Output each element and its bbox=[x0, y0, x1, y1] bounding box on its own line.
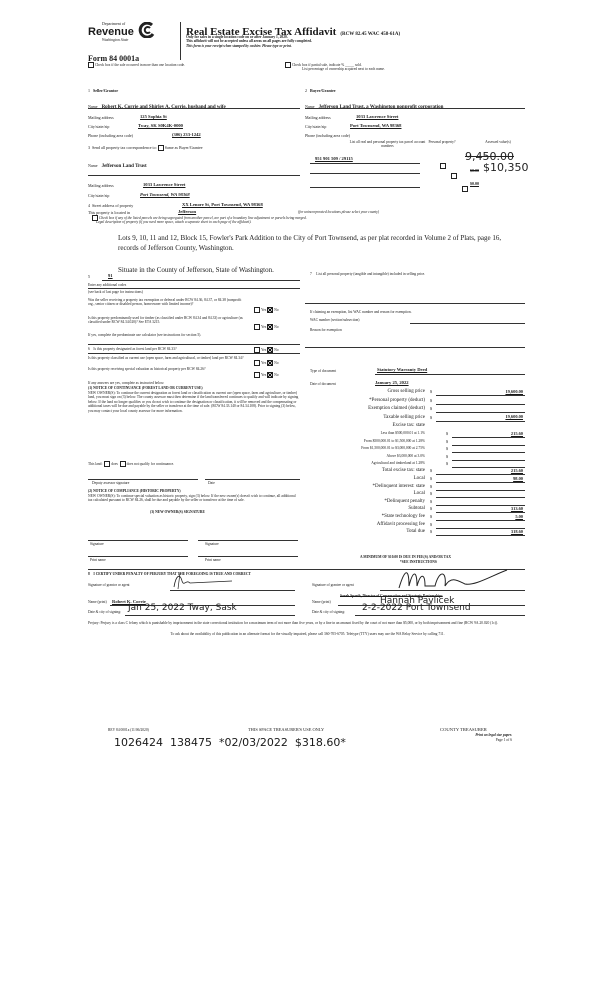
grantor-signature bbox=[172, 571, 242, 591]
parcel-personal-header: Personal property? bbox=[428, 140, 456, 144]
current-use-question: Is this property classified as current u… bbox=[88, 356, 248, 360]
doc-date: January 25, 2022 bbox=[375, 380, 409, 385]
tax-row-value: 215.60 bbox=[455, 431, 523, 436]
currency-sign: $ bbox=[446, 461, 448, 466]
no-checkbox-checked[interactable] bbox=[267, 324, 273, 330]
print-name-label: Print name bbox=[205, 558, 221, 562]
tax-row-label: Taxable selling price bbox=[315, 415, 425, 420]
currency-sign: $ bbox=[430, 514, 432, 519]
new-owner-signature-title: (3) NEW OWNER(S) SIGNATURE bbox=[150, 510, 205, 514]
tax-row-label: Exemption claimed (deduct) bbox=[315, 406, 425, 411]
legal-paper-note: Print on legal size paper. bbox=[440, 733, 512, 737]
grantee-date-city: 2-2-2022 Port Townsend bbox=[362, 603, 471, 613]
currency-sign: $ bbox=[446, 454, 448, 459]
grantor-name-label: Name (print) bbox=[88, 600, 107, 604]
doc-type: Statutory Warranty Deed bbox=[377, 367, 427, 372]
correspondence-name: Jefferson Land Trust bbox=[102, 164, 147, 169]
correspondence-heading: 3 Send all property tax correspondence t… bbox=[88, 145, 203, 151]
parcel-number: 951 901 509 / 29115 bbox=[315, 156, 353, 161]
additional-codes-label: Enter any additional codes bbox=[88, 283, 126, 287]
land-use-code: 91 bbox=[108, 273, 113, 278]
situate-text: Situate in the County of Jefferson, Stat… bbox=[118, 266, 274, 274]
tax-row-label: Total excise tax: state bbox=[315, 468, 425, 473]
tax-row-label: Subtotal bbox=[315, 506, 425, 511]
multi-location-checkbox[interactable] bbox=[88, 62, 94, 68]
tax-row-label: *Delinquent interest: state bbox=[315, 484, 425, 489]
grantee-name-label: Name (print) bbox=[312, 600, 331, 604]
doc-type-label: Type of document bbox=[310, 369, 336, 373]
tax-row-label: From $500,000.01 to $1,500,000 at 1.28% bbox=[315, 439, 425, 443]
currency-sign: $ bbox=[430, 389, 432, 394]
minimum-due-note: A MINIMUM OF $10.00 IS DUE IN FEE(S) AND… bbox=[360, 555, 451, 559]
currency-sign: $ bbox=[430, 468, 432, 473]
yes-no-group: Yes No bbox=[254, 360, 279, 366]
print-name-label: Print name bbox=[90, 558, 106, 562]
assessor-signature-label: Deputy assessor signature bbox=[92, 481, 129, 485]
currency-sign: $ bbox=[430, 484, 432, 489]
header-note: This form is your receipt when stamped b… bbox=[186, 44, 312, 48]
buyer-city-label: City/state/zip bbox=[305, 124, 326, 129]
parcel-personal-checkbox[interactable] bbox=[451, 173, 457, 179]
no-checkbox-checked[interactable] bbox=[267, 372, 273, 378]
tax-row-label: Agricultural and timberland at 1.28% bbox=[315, 461, 425, 465]
currency-sign: $ bbox=[430, 529, 432, 534]
property-street: XX Lenore St, Port Townsend, WA 98368 bbox=[182, 202, 263, 207]
excise-state-label: Excise tax: state bbox=[310, 423, 425, 428]
buyer-heading: 2 Buyer/Grantee bbox=[305, 88, 336, 93]
logo-agency-name: Revenue bbox=[88, 26, 134, 38]
no-checkbox-checked[interactable] bbox=[267, 307, 273, 313]
grantee-date-label: Date & city of signing: bbox=[312, 610, 345, 614]
tax-row-label: Above $3,000,000 at 3.0% bbox=[315, 454, 425, 458]
treasurer-receipt-stamp: 1026424 138475 *02/03/2022 $318.60* bbox=[114, 736, 346, 749]
tax-row-label: Local bbox=[315, 491, 425, 496]
tax-row-label: Gross selling price bbox=[315, 389, 425, 394]
property-street-label: 4 Street address of property bbox=[88, 203, 133, 208]
partial-sale-note: List percentage of ownership acquired ne… bbox=[302, 67, 385, 71]
parcel-personal-checkbox[interactable] bbox=[462, 186, 468, 192]
property-county: Jefferson bbox=[178, 209, 196, 214]
currency-sign: $ bbox=[446, 446, 448, 451]
seller-name-row: Name Robert K. Corrie and Shirley A. Cor… bbox=[88, 95, 226, 113]
tax-row-label: Less than $500,000.01 at 1.1% bbox=[315, 431, 425, 435]
wac-label: WAC number (section/subsection) bbox=[310, 318, 360, 322]
signature-label: Signature bbox=[205, 542, 219, 546]
buyer-phone-label: Phone (including area code) bbox=[305, 133, 350, 138]
grantee-signature-label: Signature of grantee or agent bbox=[312, 583, 354, 587]
perjury-notice: Perjury: Perjury is a class C felony whi… bbox=[88, 621, 525, 625]
buyer-mailing-label: Mailing address bbox=[305, 115, 331, 120]
tax-row-value: 313.60 bbox=[455, 506, 523, 511]
designation-instruction: If any answers are yes, complete as inst… bbox=[88, 381, 164, 385]
treasurer-use-only: THIS SPACE TREASURER'S USE ONLY bbox=[248, 727, 324, 732]
notice-compliance-title: (2) NOTICE OF COMPLIANCE (HISTORIC PROPE… bbox=[88, 489, 181, 493]
grantor-signature-label: Signature of grantor or agent bbox=[88, 583, 130, 587]
same-as-buyer-checkbox[interactable] bbox=[158, 145, 164, 151]
notice-compliance-body: NEW OWNER(S): To continue special valuat… bbox=[88, 494, 300, 503]
see-instructions-note: *SEE INSTRUCTIONS bbox=[400, 560, 437, 564]
tax-row-label: Total due bbox=[315, 529, 425, 534]
page-number: Page 1 of 6 bbox=[440, 738, 512, 742]
no-checkbox-checked[interactable] bbox=[267, 360, 273, 366]
tax-exemption-question: Was the seller receiving a property tax … bbox=[88, 298, 248, 307]
partial-sale-checkbox[interactable] bbox=[285, 62, 291, 68]
seller-phone-label: Phone (including area code) bbox=[88, 133, 133, 138]
forest-land-question: 6 Is this property designated as forest … bbox=[88, 347, 177, 351]
notice-continuance-title: (1) NOTICE OF CONTINUANCE (FOREST LAND O… bbox=[88, 386, 203, 390]
logo-agency-state: Washington State bbox=[102, 38, 128, 42]
currency-sign: $ bbox=[430, 476, 432, 481]
tax-row-value: 98.00 bbox=[455, 476, 523, 481]
yes-no-group: Yes No bbox=[254, 372, 279, 378]
currency-sign: $ bbox=[430, 415, 432, 420]
multi-location-label: Check box if the sale occurred in more t… bbox=[95, 63, 185, 67]
currency-sign: $ bbox=[430, 398, 432, 403]
dor-swirl-icon bbox=[138, 22, 156, 38]
form-title-ref: (RCW 82.45 WAC 458-61A) bbox=[340, 32, 400, 37]
legal-description-label: Legal description of property (if you ne… bbox=[96, 220, 251, 224]
additional-codes-note: (see back of last page for instructions) bbox=[88, 290, 143, 294]
calculator-note: If yes, complete the predominate use cal… bbox=[88, 333, 288, 337]
currency-sign: $ bbox=[430, 506, 432, 511]
exemption-reason-label: Reason for exemption bbox=[310, 328, 342, 332]
land-use-section: 5 bbox=[88, 274, 90, 279]
header-divider bbox=[180, 22, 181, 60]
seller-mailing-label: Mailing address bbox=[88, 115, 114, 120]
tax-row-value: 215.60 bbox=[455, 468, 523, 473]
yes-checkbox[interactable] bbox=[254, 307, 260, 313]
yes-checkbox[interactable] bbox=[254, 324, 260, 330]
multi-location-check[interactable]: Check box if the sale occurred in more t… bbox=[88, 62, 185, 68]
yes-no-group: Yes No bbox=[254, 307, 279, 313]
correspondence-city-label: City/state/zip bbox=[88, 193, 109, 198]
tax-row-value: 5.00 bbox=[455, 514, 523, 519]
timber-agriculture-question: Is this property predominantly used for … bbox=[88, 316, 248, 325]
parcel-assessed: $0.00 bbox=[470, 181, 479, 186]
exemption-label: If claiming an exemption, list WAC numbe… bbox=[310, 310, 412, 314]
historic-property-question: Is this property receiving special valua… bbox=[88, 367, 248, 371]
currency-sign: $ bbox=[430, 491, 432, 496]
yes-checkbox[interactable] bbox=[254, 360, 260, 366]
seller-phone: (306) 233-1242 bbox=[172, 132, 201, 137]
header-notes: Only for sales in a single location code… bbox=[186, 35, 312, 48]
tax-row-label: Affidavit processing fee bbox=[315, 522, 425, 527]
doc-date-label: Date of document bbox=[310, 382, 336, 386]
correspondence-mailing: 1033 Lawrence Street bbox=[143, 182, 185, 187]
tax-row-label: *Delinquent penalty bbox=[315, 499, 425, 504]
does-not-qualify-checkbox[interactable] bbox=[120, 461, 126, 467]
yes-checkbox[interactable] bbox=[254, 372, 260, 378]
tax-row-value: 19,600.00 bbox=[455, 414, 523, 419]
parcel-list-header: List all real and personal property tax … bbox=[345, 140, 430, 149]
currency-sign: $ bbox=[446, 439, 448, 444]
grantee-signature bbox=[395, 566, 515, 592]
parcel-assessed-struck: $0.00 bbox=[470, 168, 479, 173]
correspondence-city: Port Townsend, WA 98368 bbox=[140, 192, 190, 197]
currency-sign: $ bbox=[430, 499, 432, 504]
buyer-mailing: 1033 Lawrence Street bbox=[356, 114, 398, 119]
correspondence-name-row: Name Jefferson Land Trust bbox=[88, 154, 147, 172]
does-qualify-checkbox[interactable] bbox=[104, 461, 110, 467]
legal-description: Lots 9, 10, 11 and 12, Block 15, Fowler'… bbox=[118, 233, 513, 253]
currency-sign: $ bbox=[430, 522, 432, 527]
assessor-date-label: Date bbox=[208, 481, 215, 485]
dor-logo: Department of Revenue Washington State bbox=[88, 22, 158, 52]
seller-city-label: City/state/zip bbox=[88, 124, 109, 129]
currency-sign: $ bbox=[430, 406, 432, 411]
tax-row-value: 318.60 bbox=[455, 529, 523, 534]
land-qualify-row: This land: does does not qualify for con… bbox=[88, 461, 174, 467]
currency-sign: $ bbox=[446, 431, 448, 436]
tax-row-label: Local bbox=[315, 476, 425, 481]
signature-label: Signature bbox=[90, 542, 104, 546]
unincorporated-note: (for unincorporated locations please sel… bbox=[298, 210, 379, 214]
tax-row-label: *Personal property (deduct) bbox=[315, 398, 425, 403]
seller-heading: 1 Seller/Grantor bbox=[88, 88, 118, 93]
buyer-city: Port Townsend, WA 98368 bbox=[350, 123, 401, 128]
seller-city: Tway, SK S0K4K-0000 bbox=[138, 123, 183, 128]
county-treasurer-label: COUNTY TREASURER bbox=[440, 727, 487, 732]
buyer-name-row: Name Jefferson Land Trust, a Washington … bbox=[305, 95, 443, 113]
grantor-date-city: Jan 25, 2022 Tway, Sask bbox=[128, 603, 237, 613]
notice-continuance-body: NEW OWNER(S): To continue the current de… bbox=[88, 391, 300, 413]
accessibility-notice: To ask about the availability of this pu… bbox=[110, 632, 505, 636]
correspondence-mailing-label: Mailing address bbox=[88, 183, 114, 188]
parcel-assessed-header: Assessed value(s) bbox=[478, 140, 518, 144]
tax-row-value: 19,600.00 bbox=[455, 389, 523, 394]
parcel-assessed-handwritten: $10,350 bbox=[483, 161, 529, 174]
parcel-personal-checkbox[interactable] bbox=[440, 163, 446, 169]
tax-row-label: From $1,500,000.01 to $3,000,000 at 2.75… bbox=[315, 446, 425, 450]
yes-no-group: Yes No bbox=[254, 324, 279, 330]
seller-mailing: 125 Sophia St bbox=[140, 114, 167, 119]
personal-property-label: 7 List all personal property (tangible a… bbox=[310, 272, 425, 276]
form-revision: REV 84 0001a (11/06/2020) bbox=[108, 728, 149, 732]
tax-row-label: *State technology fee bbox=[315, 514, 425, 519]
grantor-date-label: Date & city of signing: bbox=[88, 610, 121, 614]
